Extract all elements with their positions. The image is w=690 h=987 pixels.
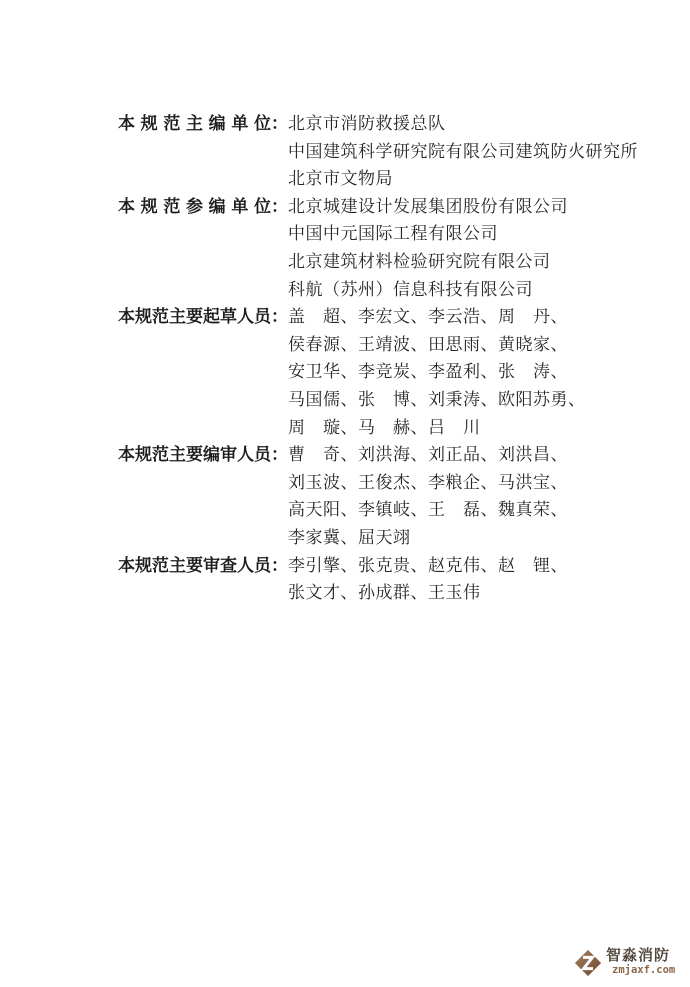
credit-line: 马国儒、张 博、刘秉涛、欧阳苏勇、 — [288, 386, 586, 414]
credits-section: 本规范主编单位：北京市消防救援总队中国建筑科学研究院有限公司建筑防火研究所北京市… — [118, 110, 588, 193]
credits-block: 本规范主编单位：北京市消防救援总队中国建筑科学研究院有限公司建筑防火研究所北京市… — [118, 110, 588, 607]
credit-line: 科航（苏州）信息科技有限公司 — [288, 276, 568, 304]
credit-line: 北京城建设计发展集团股份有限公司 — [288, 193, 568, 221]
credit-line: 周 璇、马 赫、吕 川 — [288, 414, 586, 442]
credit-line: 李家冀、屈天翊 — [288, 524, 568, 552]
section-colon: ： — [271, 441, 288, 469]
section-colon: ： — [271, 110, 288, 138]
section-label: 本规范主要审查人员 — [118, 552, 271, 580]
section-lines: 曹 奇、刘洪海、刘正品、刘洪昌、刘玉波、王俊杰、李粮企、马洪宝、高天阳、李镇岐、… — [288, 441, 568, 551]
section-label: 本规范主要编审人员 — [118, 441, 271, 469]
credit-line: 安卫华、李竞炭、李盈利、张 涛、 — [288, 358, 586, 386]
credit-line: 高天阳、李镇岐、王 磊、魏真荣、 — [288, 496, 568, 524]
credit-line: 中国中元国际工程有限公司 — [288, 220, 568, 248]
section-colon: ： — [271, 193, 288, 221]
credit-line: 侯春源、王靖波、田思雨、黄晓家、 — [288, 331, 586, 359]
credits-section: 本规范主要编审人员：曹 奇、刘洪海、刘正品、刘洪昌、刘玉波、王俊杰、李粮企、马洪… — [118, 441, 588, 551]
credits-section: 本规范参编单位：北京城建设计发展集团股份有限公司中国中元国际工程有限公司北京建筑… — [118, 193, 588, 303]
section-label: 本规范参编单位 — [118, 193, 271, 221]
credit-line: 盖 超、李宏文、李云浩、周 丹、 — [288, 303, 586, 331]
section-lines: 盖 超、李宏文、李云浩、周 丹、侯春源、王靖波、田思雨、黄晓家、安卫华、李竞炭、… — [288, 303, 586, 441]
section-lines: 北京城建设计发展集团股份有限公司中国中元国际工程有限公司北京建筑材料检验研究院有… — [288, 193, 568, 303]
zhimiao-diamond-logo-icon — [573, 948, 603, 978]
credits-section: 本规范主要审查人员：李引擎、张克贵、赵克伟、赵 锂、张文才、孙成群、王玉伟 — [118, 552, 588, 607]
credit-line: 北京建筑材料检验研究院有限公司 — [288, 248, 568, 276]
credit-line: 李引擎、张克贵、赵克伟、赵 锂、 — [288, 552, 568, 580]
credit-line: 中国建筑科学研究院有限公司建筑防火研究所 — [288, 138, 638, 166]
section-label: 本规范主编单位 — [118, 110, 271, 138]
credit-line: 北京市文物局 — [288, 165, 638, 193]
section-lines: 北京市消防救援总队中国建筑科学研究院有限公司建筑防火研究所北京市文物局 — [288, 110, 638, 193]
section-colon: ： — [271, 552, 288, 580]
credit-line: 曹 奇、刘洪海、刘正品、刘洪昌、 — [288, 441, 568, 469]
credit-line: 张文才、孙成群、王玉伟 — [288, 579, 568, 607]
watermark-brand-text: 智淼消防 — [606, 948, 675, 963]
credit-line: 北京市消防救援总队 — [288, 110, 638, 138]
section-label: 本规范主要起草人员 — [118, 303, 271, 331]
section-lines: 李引擎、张克贵、赵克伟、赵 锂、张文才、孙成群、王玉伟 — [288, 552, 568, 607]
document-page: 本规范主编单位：北京市消防救援总队中国建筑科学研究院有限公司建筑防火研究所北京市… — [0, 0, 690, 987]
site-watermark: 智淼消防 zmjaxf.com — [573, 948, 675, 978]
watermark-texts: 智淼消防 zmjaxf.com — [606, 948, 675, 976]
credit-line: 刘玉波、王俊杰、李粮企、马洪宝、 — [288, 469, 568, 497]
section-colon: ： — [271, 303, 288, 331]
credits-section: 本规范主要起草人员：盖 超、李宏文、李云浩、周 丹、侯春源、王靖波、田思雨、黄晓… — [118, 303, 588, 441]
watermark-domain-text: zmjaxf.com — [612, 965, 675, 976]
